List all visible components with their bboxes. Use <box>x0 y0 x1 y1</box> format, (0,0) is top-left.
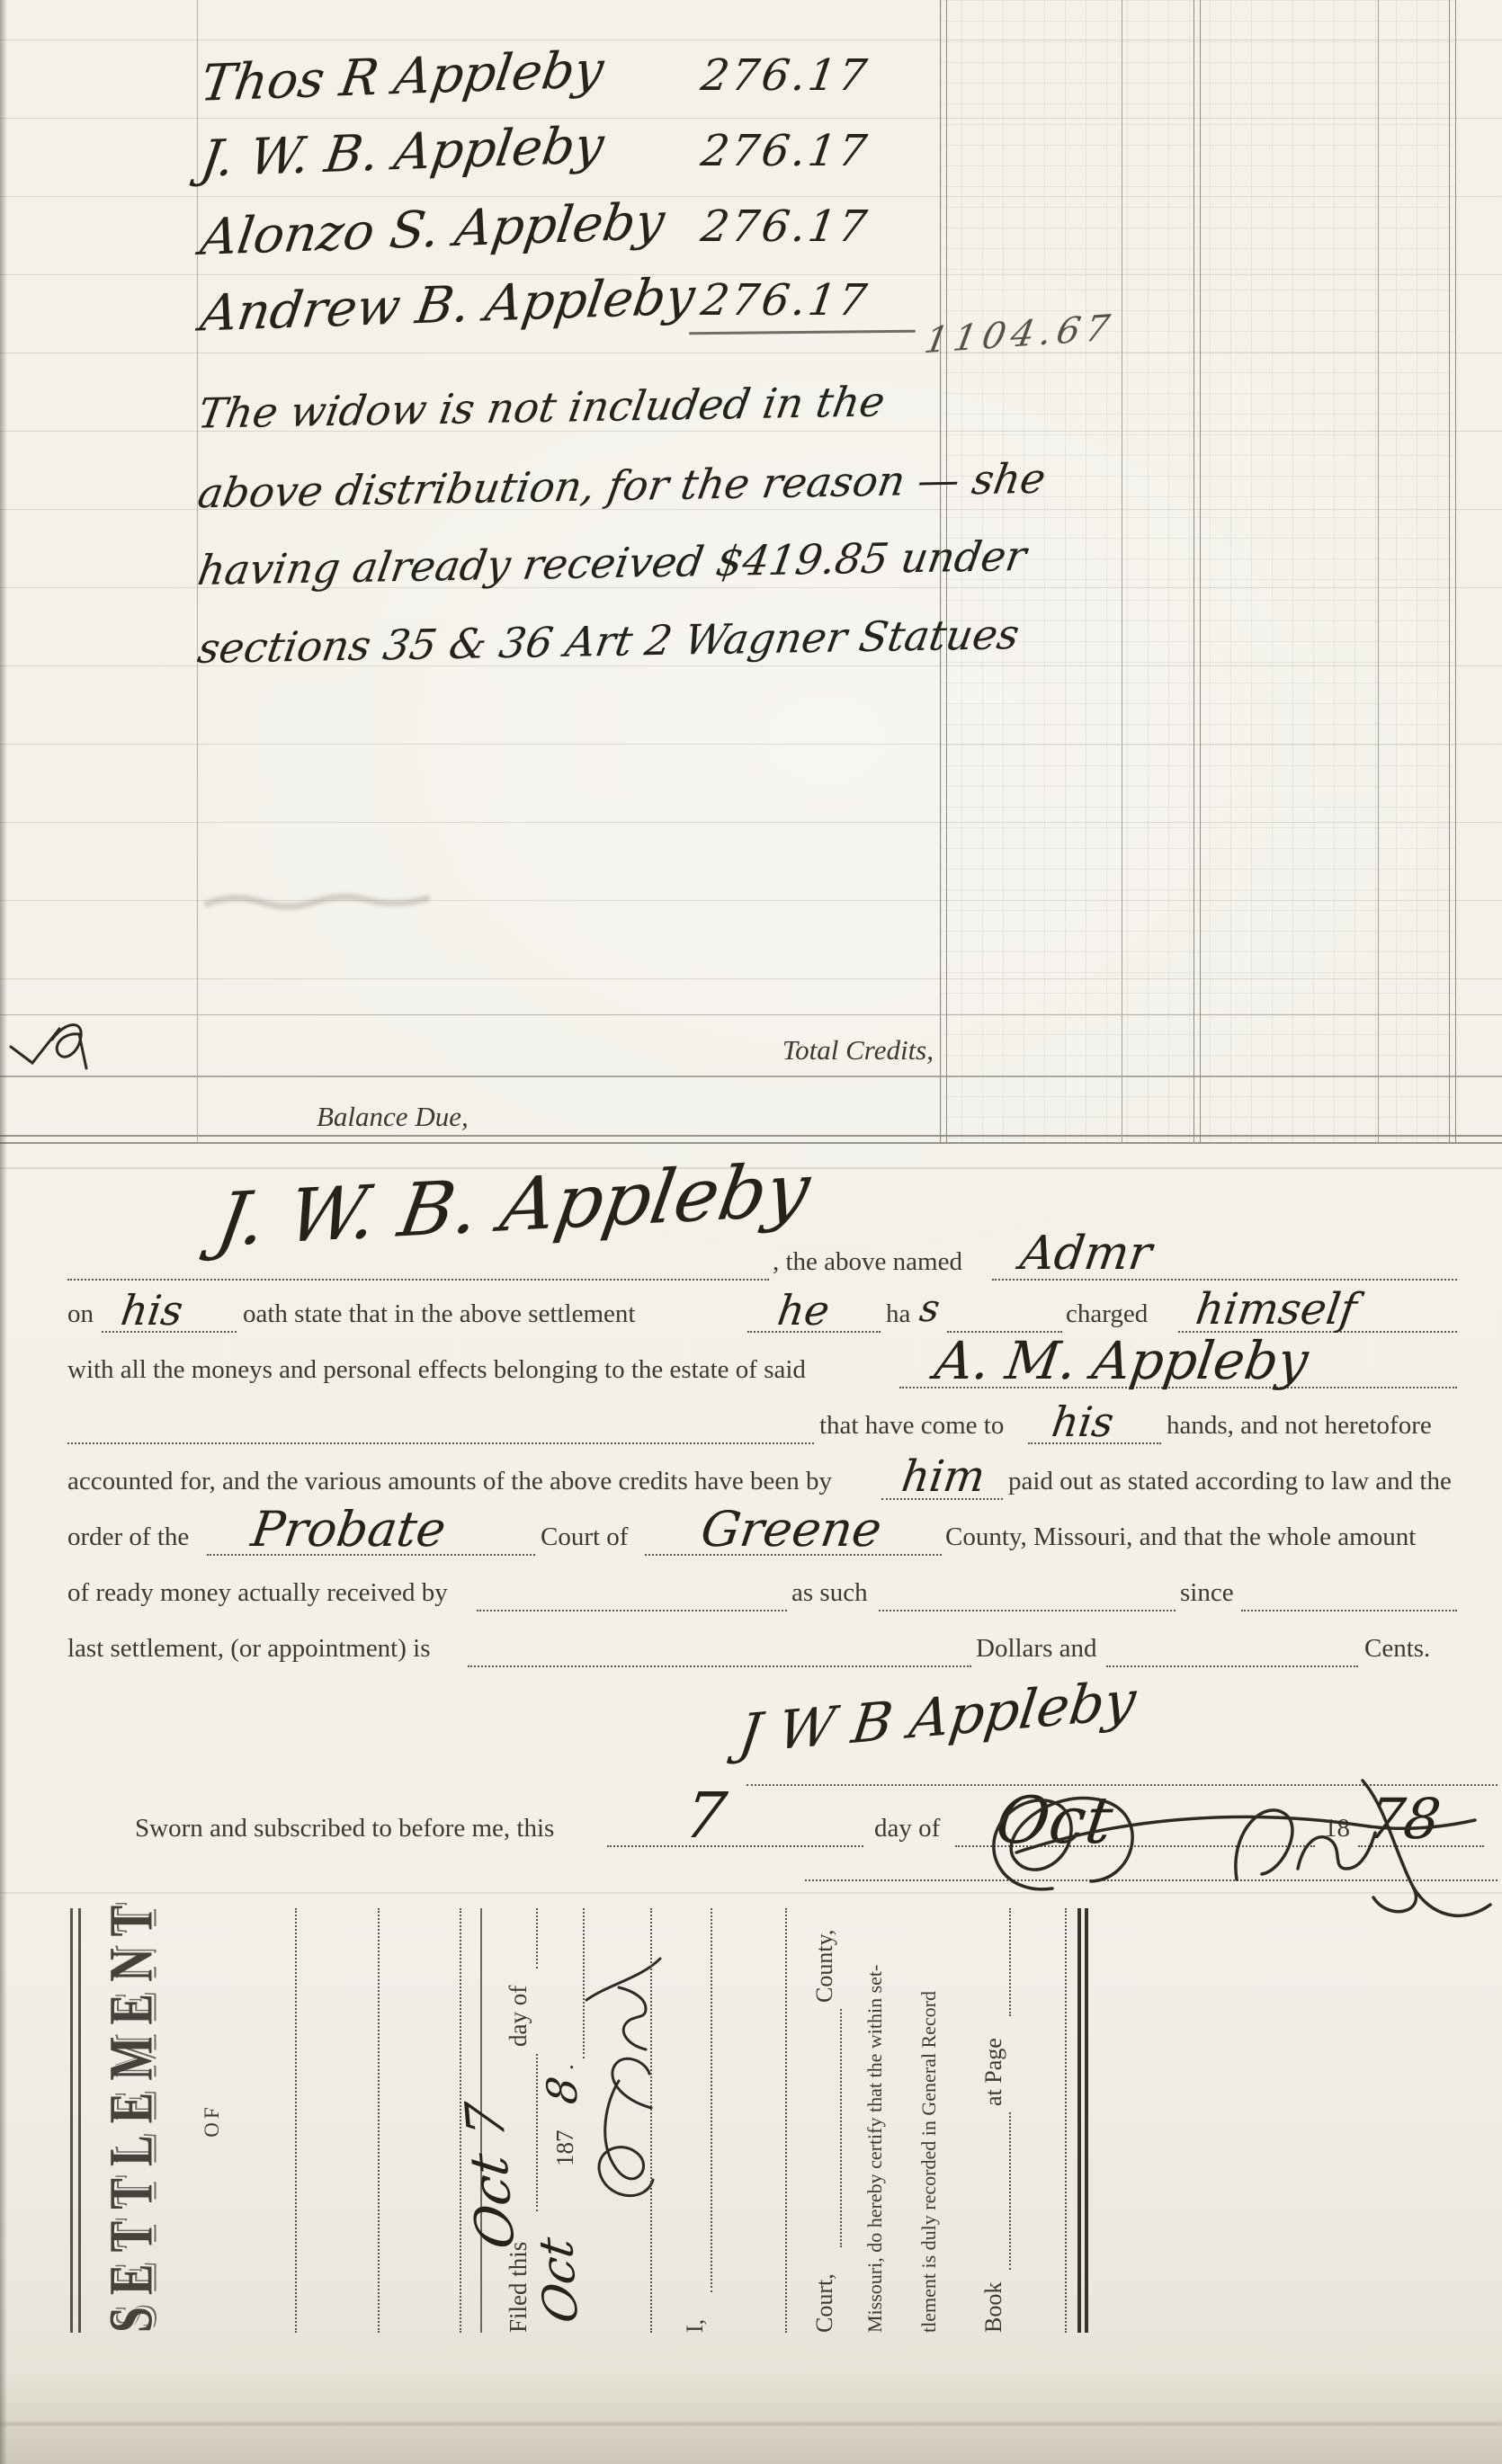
handwritten-month: Oct <box>533 2235 586 2326</box>
scanned-settlement-document: Thos R Appleby J. W. B. Appleby Alonzo S… <box>0 0 1502 2464</box>
i-row: I, <box>671 1908 712 2333</box>
handwritten-fill: A. M. Appleby <box>932 1335 1311 1387</box>
blank-line <box>378 1908 380 2333</box>
dotted-blank <box>1009 1908 1011 2016</box>
handwritten-fill: Greene <box>698 1505 884 1554</box>
form-text: paid out as stated according to law and … <box>1008 1469 1452 1495</box>
ledger-column-line <box>1122 0 1122 1142</box>
dotted-blank <box>468 1665 971 1667</box>
blank-line <box>785 1908 787 2333</box>
form-text: of ready money actually received by <box>67 1580 448 1606</box>
ledger-column-line <box>1200 0 1201 1142</box>
handwritten-fill: himself <box>1194 1288 1360 1331</box>
form-text: accounted for, and the various amounts o… <box>67 1469 832 1495</box>
blank-line <box>650 1908 652 2333</box>
form-text: Court, <box>813 2273 836 2333</box>
form-text: Court of <box>541 1524 628 1550</box>
form-text: oath state that in the above settlement <box>243 1301 635 1327</box>
ink-show-through <box>202 877 436 922</box>
form-text: Dollars and <box>976 1636 1097 1662</box>
form-text: Filed this <box>506 2242 531 2333</box>
ledger-column-line <box>1455 0 1456 1142</box>
distributee-name: J. W. B. Appleby <box>198 121 607 184</box>
dotted-blank <box>1241 1610 1457 1611</box>
ledger-column-line <box>1449 0 1450 1142</box>
dotted-blank <box>1009 2112 1011 2270</box>
form-text: ha <box>886 1301 910 1327</box>
form-text: as such <box>791 1580 868 1606</box>
form-text: with all the moneys and personal effects… <box>67 1357 806 1383</box>
blank-line <box>1065 1908 1067 2333</box>
dotted-blank <box>1106 1665 1358 1667</box>
ledger-column-line <box>1378 0 1379 1142</box>
form-text: charged <box>1066 1301 1148 1327</box>
blank-line <box>295 1908 297 2333</box>
affidavit-row: accounted for, and the various amounts o… <box>67 1457 1457 1500</box>
of-label: OF <box>201 1908 222 2333</box>
dotted-blank <box>607 1845 863 1847</box>
ledger-rule <box>0 1014 1502 1015</box>
affidavit-row: that have come to his hands, and not her… <box>67 1401 1457 1444</box>
affidavit-row: of ready money actually received by as s… <box>67 1568 1457 1611</box>
widow-note-line: The widow is not included in the <box>195 380 888 433</box>
panel-heavy-rule <box>1077 1908 1081 2333</box>
form-text: on <box>67 1301 94 1327</box>
dotted-blank <box>67 1279 769 1281</box>
panel-double-rule <box>78 1908 81 2333</box>
margin-check-mark <box>7 1014 111 1076</box>
handwritten-fill: his <box>1050 1401 1116 1442</box>
handwritten-fill: Probate <box>248 1505 449 1554</box>
certify-text: tlement is duly recorded in General Reco… <box>919 1908 939 2333</box>
panel-double-rule <box>70 1908 73 2333</box>
notary-signature-flourish <box>967 1745 1498 1924</box>
affidavit-row: order of the Probate Court of Greene Cou… <box>67 1513 1457 1556</box>
scan-left-edge-shadow <box>0 0 7 2464</box>
form-text: Sworn and subscribed to before me, this <box>135 1816 554 1842</box>
certify-text: Missouri, do hereby certify that the wit… <box>865 1908 885 2333</box>
affidavit-row: last settlement, (or appointment) is Dol… <box>67 1624 1457 1667</box>
dotted-blank <box>711 1908 712 2292</box>
form-text: order of the <box>67 1524 189 1550</box>
court-row: Court, County, <box>800 1908 842 2333</box>
dotted-blank <box>536 1908 538 1969</box>
affidavit-row: , the above named Admr <box>67 1237 1457 1281</box>
scan-bottom-shadow <box>0 2374 1502 2464</box>
book-row: Book at Page <box>971 1908 1011 2333</box>
panel-heavy-rule <box>1085 1908 1088 2333</box>
distributee-amount: 276.17 <box>699 54 872 97</box>
settlement-title: SETTLEMENT <box>97 1908 167 2333</box>
filing-panel-content: SETTLEMENT OF Filed this day of Oct 7 18… <box>70 1908 1090 2333</box>
form-text: that have come to <box>819 1413 1004 1439</box>
distributee-name: Thos R Appleby <box>198 45 607 109</box>
handwritten-fill: his <box>119 1290 185 1331</box>
ledger-rule <box>0 1076 1502 1077</box>
form-text: County, Missouri, and that the whole amo… <box>945 1524 1416 1550</box>
scan-bottom-crease <box>0 2423 1502 2425</box>
handwritten-filed-date: Oct 7 <box>458 2101 523 2252</box>
form-text: day of <box>874 1816 940 1842</box>
distributee-amount: 276.17 <box>699 279 872 322</box>
form-text: day of <box>506 1986 531 2047</box>
distributee-amount: 276.17 <box>699 205 872 248</box>
handwritten-fill: s <box>917 1290 942 1327</box>
dotted-blank <box>840 2009 842 2247</box>
affidavit-row: on his oath state that in the above sett… <box>67 1290 1457 1333</box>
form-text: Cents. <box>1364 1636 1430 1662</box>
form-text: , the above named <box>773 1249 962 1275</box>
form-text: at Page <box>982 2038 1006 2106</box>
filing-panel: SETTLEMENT OF Filed this day of Oct 7 18… <box>70 1908 1090 2333</box>
handwritten-fill: Admr <box>1017 1230 1154 1277</box>
handwritten-fill: him <box>899 1455 988 1498</box>
handwritten-day: 7 <box>681 1784 729 1847</box>
dotted-blank <box>879 1610 1176 1611</box>
clerk-signature-flourish <box>570 1942 667 2216</box>
form-text: last settlement, (or appointment) is <box>67 1636 431 1662</box>
form-text: hands, and not heretofore <box>1167 1413 1432 1439</box>
ledger-bottom-double-rule <box>0 1135 1502 1137</box>
form-text: I, <box>684 2319 707 2333</box>
handwritten-fill: he <box>775 1290 832 1331</box>
form-text: Book <box>982 2282 1006 2333</box>
total-credits-label: Total Credits, <box>745 1036 934 1064</box>
affidavit-row: with all the moneys and personal effects… <box>67 1345 1457 1388</box>
form-text: County, <box>813 1930 836 2003</box>
form-text: since <box>1180 1580 1234 1606</box>
ledger-column-line <box>1194 0 1194 1142</box>
dotted-blank <box>67 1442 814 1444</box>
balance-due-label: Balance Due, <box>317 1103 469 1130</box>
dotted-blank <box>477 1610 787 1611</box>
ledger-bottom-double-rule <box>0 1142 1502 1144</box>
distributee-amount: 276.17 <box>699 129 872 173</box>
